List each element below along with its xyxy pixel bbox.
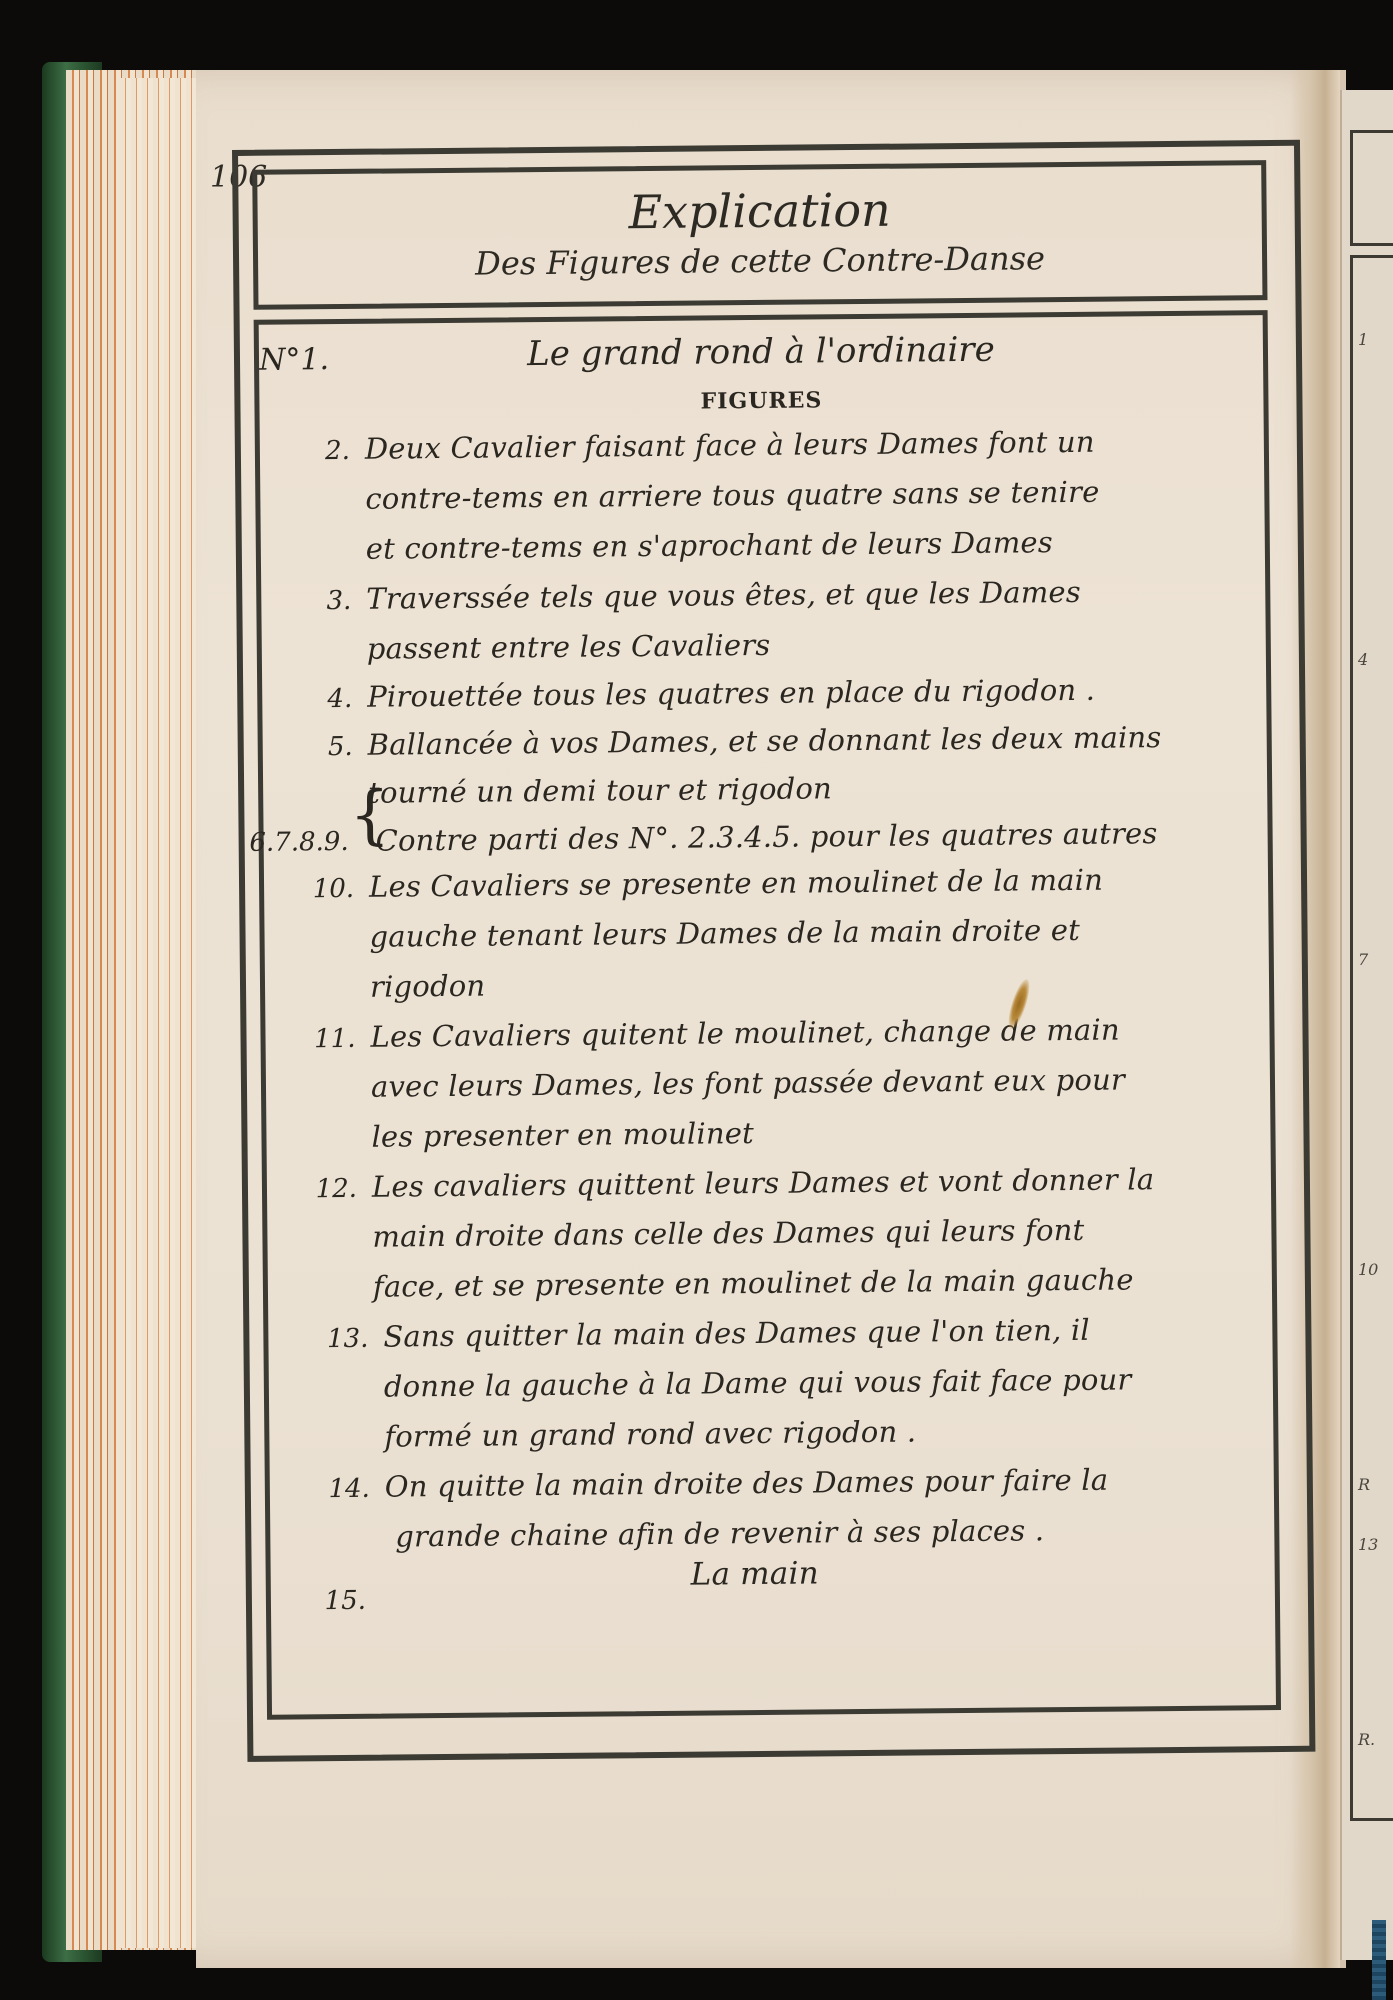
entry-line: avec leurs Dames, les font passée devant… xyxy=(371,1062,1125,1103)
entry-line: tourné un demi tour et rigodon xyxy=(368,771,832,809)
entry-3: 3. Traverssée tels que vous êtes, et que… xyxy=(259,315,1263,325)
entry-line: Pirouettée tous les quatres en place du … xyxy=(367,673,1095,714)
entry-number: 15. xyxy=(256,1586,366,1617)
entry-10: 10. Les Cavaliers se presente en mouline… xyxy=(259,315,1263,325)
facing-figure-number: R. xyxy=(1358,1730,1375,1749)
entry-number: 11. xyxy=(245,1024,355,1055)
body-frame: N°1. Le grand rond à l'ordinaire FIGURES… xyxy=(254,310,1281,1720)
entry-number: 3. xyxy=(241,586,351,617)
entry-line: les presenter en moulinet xyxy=(371,1116,754,1154)
entry-number: 2. xyxy=(240,436,350,467)
entry-2: 2. Deux Cavalier faisant face à leurs Da… xyxy=(259,315,1263,325)
entry-line: Ballancée à vos Dames, et se donnant les… xyxy=(368,720,1162,762)
entry-line: On quitte la main droite des Dames pour … xyxy=(385,1463,1109,1504)
entry-line: Les Cavaliers se presente en moulinet de… xyxy=(369,863,1103,904)
entry-line: gauche tenant leurs Dames de la main dro… xyxy=(369,913,1080,954)
entry-line: formé un grand rond avec rigodon . xyxy=(384,1414,916,1453)
entry-6-9: 6.7.8.9. { Contre parti des N°. 2.3.4.5.… xyxy=(259,315,1263,325)
page-subtitle: Des Figures de cette Contre-Danse xyxy=(258,237,1262,285)
page-title: Explication xyxy=(257,179,1261,243)
bookmark-ribbon xyxy=(1372,1920,1386,2000)
facing-figure-number: 13 xyxy=(1358,1535,1378,1554)
entry-number: 12. xyxy=(247,1174,357,1205)
entry-number: 14. xyxy=(260,1474,370,1505)
entry-line: Contre parti des N°. 2.3.4.5. pour les q… xyxy=(375,816,1157,858)
entry-line: Les cavaliers quittent leurs Dames et vo… xyxy=(372,1162,1155,1204)
entry-12: 12. Les cavaliers quittent leurs Dames e… xyxy=(259,315,1263,325)
facing-title-box xyxy=(1350,130,1393,246)
entry-number: 6.7.8.9. xyxy=(219,827,349,858)
entry-line: passent entre les Cavaliers xyxy=(367,628,771,666)
entry-number: 10. xyxy=(244,874,354,905)
entry-line: grande chaine afin de revenir à ses plac… xyxy=(395,1513,1044,1553)
facing-page: 1 4 7 10 R 13 R. xyxy=(1340,90,1393,1960)
entry-number: 4. xyxy=(242,684,352,715)
entry-line: et contre-tems en s'aprochant de leurs D… xyxy=(366,525,1053,566)
entry-line: rigodon xyxy=(370,969,486,1004)
entry-line: contre-tems en arriere tous quatre sans … xyxy=(365,475,1099,516)
facing-figure-number: 1 xyxy=(1358,330,1368,349)
entry-line: Traverssée tels que vous êtes, et que le… xyxy=(366,575,1081,616)
entry-line: La main xyxy=(691,1555,819,1592)
entry-13: 13. Sans quitter la main des Dames que l… xyxy=(259,315,1263,325)
entry-line: Sans quitter la main des Dames que l'on … xyxy=(383,1313,1090,1354)
facing-figure-number: 10 xyxy=(1358,1260,1378,1279)
entry-number: 5. xyxy=(243,732,353,763)
entry-number: 13. xyxy=(258,1324,368,1355)
title-frame: Explication Des Figures de cette Contre-… xyxy=(252,160,1267,310)
entry-line: face, et se presente en moulinet de la m… xyxy=(373,1262,1134,1303)
entry-15: 15. La main xyxy=(259,315,1263,325)
dance-heading: Le grand rond à l'ordinaire xyxy=(259,327,1263,377)
entry-line: Deux Cavalier faisant face à leurs Dames… xyxy=(365,425,1095,466)
entry-11: 11. Les Cavaliers quitent le moulinet, c… xyxy=(259,315,1263,325)
figures-label: FIGURES xyxy=(259,383,1263,419)
facing-figure-number: 7 xyxy=(1358,950,1368,969)
entry-line: donne la gauche à la Dame qui vous fait … xyxy=(384,1362,1132,1403)
engraved-frame: Explication Des Figures de cette Contre-… xyxy=(232,140,1315,1762)
facing-figure-number: 4 xyxy=(1358,650,1368,669)
entry-14: 14. On quitte la main droite des Dames p… xyxy=(259,315,1263,325)
entry-5: 5. Ballancée à vos Dames, et se donnant … xyxy=(259,315,1263,325)
entry-4: 4. Pirouettée tous les quatres en place … xyxy=(259,315,1263,325)
facing-figure-box xyxy=(1350,255,1393,1821)
facing-figure-number: R xyxy=(1358,1475,1370,1494)
entry-line: main droite dans celle des Dames qui leu… xyxy=(372,1213,1084,1254)
